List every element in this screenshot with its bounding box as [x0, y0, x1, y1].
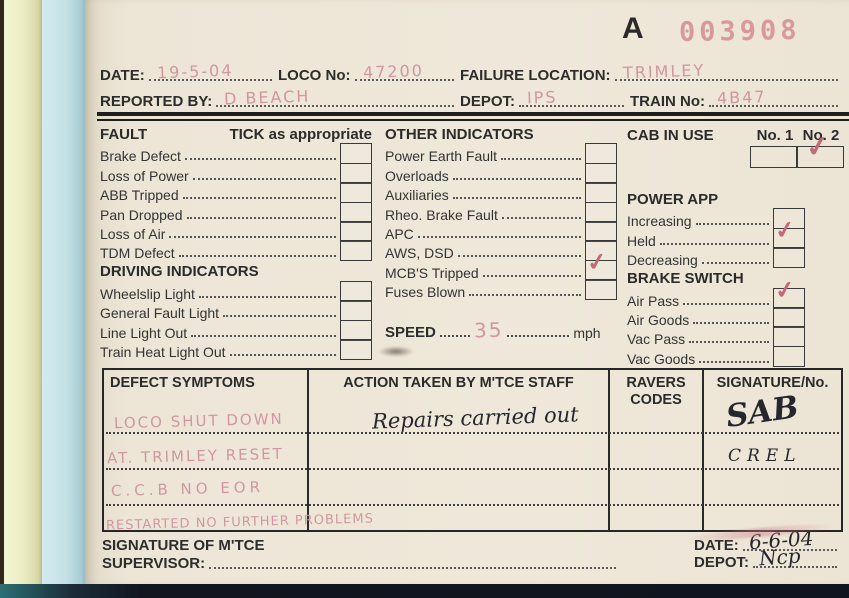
loco-field: LOCO No: 47200 [278, 65, 460, 84]
depot-label: DEPOT: [460, 93, 515, 110]
checkbox [773, 326, 805, 347]
footer-depot-handwritten-value: Ncp [758, 544, 801, 571]
train-no-write-line: 4B47 [709, 91, 838, 107]
speed-field: SPEED 35 mph [385, 317, 617, 341]
failure-location-handwritten-value: TRIMLEY [622, 61, 705, 83]
yellow-carbon-page-edge [4, 0, 42, 598]
loco-handwritten-value: 47200 [362, 61, 424, 82]
item-label: General Fault Light [100, 305, 219, 321]
cab-no2-checkbox: ✓ [797, 146, 844, 168]
dotted-leader [169, 236, 336, 238]
defect-symptoms-header: DEFECT SYMPTOMS [110, 375, 255, 391]
dotted-leader [702, 262, 769, 264]
power-app-row: Decreasing [627, 249, 805, 268]
tick-mark: ✓ [804, 132, 831, 163]
brake-switch-row: Vac Pass [627, 328, 805, 347]
dotted-leader [179, 255, 336, 257]
brake-switch-header: BRAKE SWITCH [627, 268, 844, 289]
checkbox [340, 221, 372, 242]
tick-mark: ✓ [585, 249, 608, 276]
checkbox [585, 143, 617, 164]
date-handwritten-value: 19-5-04 [156, 61, 233, 83]
dotted-leader [187, 217, 336, 219]
dotted-leader [453, 197, 581, 199]
brake-switch-row: Vac Goods [627, 347, 805, 366]
supervisor-write-line [209, 553, 616, 569]
reported-by-field: REPORTED BY: D BEACH [100, 91, 460, 110]
dotted-leader [193, 178, 336, 180]
speed-unit-label: mph [573, 325, 600, 341]
item-label: Held [627, 233, 656, 249]
scan-background-edge [0, 584, 849, 598]
loco-write-line: 47200 [355, 65, 455, 81]
dotted-leader [223, 315, 336, 317]
dotted-leader [689, 341, 769, 343]
cab-no1-checkbox [750, 146, 797, 168]
power-app-rows: Increasing Held✓ Decreasing [627, 210, 805, 268]
cab-no1-label: No. 1 [752, 127, 798, 144]
fault-row: Loss of Air [100, 223, 372, 242]
item-label: Overloads [385, 168, 449, 184]
item-label: APC [385, 226, 414, 242]
other-row: Auxiliaries [385, 184, 617, 203]
item-label: Decreasing [627, 252, 698, 268]
other-row: APC [385, 223, 617, 242]
train-no-label: TRAIN No: [630, 93, 705, 110]
footer-depot-field: DEPOT: Ncp [694, 554, 843, 571]
checkbox [585, 163, 617, 184]
item-label: Auxiliaries [385, 187, 449, 203]
item-label: Increasing [627, 213, 692, 229]
action-taken-header: ACTION TAKEN BY M'TCE STAFF [343, 375, 574, 391]
item-label: Pan Dropped [100, 207, 183, 223]
fault-row: ABB Tripped [100, 184, 372, 203]
item-label: Wheelslip Light [100, 286, 195, 302]
footer-depot-label: DEPOT: [694, 554, 749, 571]
dotted-leader [458, 255, 581, 257]
supervisor-label-line2-row: SUPERVISOR: [102, 554, 622, 572]
dotted-leader [501, 158, 581, 160]
speed-handwritten-value: 35 [473, 318, 503, 343]
dotted-leader [199, 296, 336, 298]
action-taken-column: ACTION TAKEN BY M'TCE STAFF [309, 370, 610, 530]
tick-mark: ✓ [773, 277, 796, 304]
dotted-leader [185, 158, 336, 160]
driving-row: General Fault Light [100, 302, 372, 321]
item-label: Fuses Blown [385, 284, 465, 300]
other-row: AWS, DSD [385, 242, 617, 261]
checkbox [773, 307, 805, 328]
item-label: TDM Defect [100, 245, 175, 261]
form-page: A 003908 DATE: 19-5-04 LOCO No: 47200 FA… [85, 0, 849, 585]
power-app-title: POWER APP [627, 191, 718, 208]
cab-checkboxes: ✓ [627, 146, 844, 168]
fault-section-header: FAULT TICK as appropriate [100, 124, 372, 145]
fault-row: TDM Defect [100, 242, 372, 261]
dotted-leader [699, 361, 769, 363]
reported-by-label: REPORTED BY: [100, 93, 212, 110]
driving-title: DRIVING INDICATORS [100, 263, 259, 280]
date-write-line: 19-5-04 [149, 65, 272, 81]
cab-power-brake-column: CAB IN USE No. 1 No. 2 ✓ POWER APP Incre… [627, 124, 844, 367]
fault-subtitle: TICK as appropriate [229, 126, 372, 143]
item-label: Line Light Out [100, 325, 187, 341]
dotted-leader [453, 178, 581, 180]
checkbox [340, 182, 372, 203]
checkbox [773, 247, 805, 268]
checkbox [773, 346, 805, 367]
indicators-section: FAULT TICK as appropriate Brake Defect L… [100, 124, 844, 368]
dotted-leader [483, 275, 581, 277]
other-row: MCB'S Tripped✓ [385, 261, 617, 280]
footer-date-depot: DATE: 6-6-04 DEPOT: Ncp [694, 537, 843, 571]
checkbox [340, 163, 372, 184]
item-label: Power Earth Fault [385, 148, 497, 164]
checkbox: ✓ [773, 288, 805, 309]
cab-in-use-title: CAB IN USE [627, 127, 714, 144]
footer-depot-write-line: Ncp [753, 554, 837, 568]
header-row-1: DATE: 19-5-04 LOCO No: 47200 FAILURE LOC… [100, 58, 844, 84]
checkbox [340, 143, 372, 164]
driving-row: Line Light Out [100, 321, 372, 340]
dotted-leader [230, 354, 336, 356]
item-label: Loss of Power [100, 168, 189, 184]
depot-handwritten-value: IPS [527, 87, 558, 107]
date-label: DATE: [100, 67, 145, 84]
ravers-header-line1: RAVERS [610, 375, 702, 392]
serial-number: 003908 [679, 15, 801, 48]
signature-header: SIGNATURE/No. [717, 375, 829, 391]
dotted-leader [502, 217, 581, 219]
supervisor-label-line2: SUPERVISOR: [102, 555, 205, 572]
form-series-letter: A [622, 12, 644, 46]
dotted-leader [469, 294, 581, 296]
power-app-row: Held✓ [627, 229, 805, 248]
tick-mark: ✓ [773, 217, 796, 244]
item-label: Rheo. Brake Fault [385, 207, 498, 223]
signature-code: CREL [728, 446, 802, 466]
fault-row: Loss of Power [100, 164, 372, 183]
dotted-leader [683, 303, 769, 305]
other-row: Fuses Blown [385, 281, 617, 300]
checkbox [340, 281, 372, 302]
table-dotted-line [106, 504, 839, 506]
checkbox [340, 320, 372, 341]
form-header: DATE: 19-5-04 LOCO No: 47200 FAILURE LOC… [100, 58, 844, 110]
other-row: Power Earth Fault [385, 145, 617, 164]
other-indicators-header: OTHER INDICATORS [385, 124, 617, 145]
checkbox [585, 182, 617, 203]
item-label: Brake Defect [100, 148, 181, 164]
fault-row: Pan Dropped [100, 203, 372, 222]
speed-label: SPEED [385, 324, 436, 341]
item-label: Loss of Air [100, 226, 165, 242]
blue-carbon-page-edge [42, 0, 85, 598]
table-dotted-line [106, 468, 839, 470]
date-field: DATE: 19-5-04 [100, 65, 278, 84]
dotted-leader [696, 223, 769, 225]
train-no-field: TRAIN No: 4B47 [630, 91, 844, 110]
fault-row: Brake Defect [100, 145, 372, 164]
failure-location-write-line: TRIMLEY [615, 65, 838, 81]
checkbox [340, 300, 372, 321]
dotted-leader [183, 197, 336, 199]
dotted-leader [660, 243, 769, 245]
power-app-header: POWER APP [627, 189, 844, 210]
scanned-fault-report: A 003908 DATE: 19-5-04 LOCO No: 47200 FA… [0, 0, 849, 598]
brake-switch-rows: Air Pass✓ Air Goods Vac Pass Vac Goods [627, 289, 805, 367]
reported-by-write-line: D BEACH [216, 91, 454, 107]
item-label: ABB Tripped [100, 187, 179, 203]
item-label: MCB'S Tripped [385, 265, 479, 281]
fault-column: FAULT TICK as appropriate Brake Defect L… [100, 124, 372, 360]
item-label: Vac Pass [627, 331, 685, 347]
dotted-leader [440, 335, 470, 337]
driving-row: Wheelslip Light [100, 282, 372, 301]
dotted-leader [191, 335, 336, 337]
loco-label: LOCO No: [278, 67, 351, 84]
other-indicators-title: OTHER INDICATORS [385, 126, 534, 143]
checkbox [585, 221, 617, 242]
reported-by-handwritten-value: D BEACH [224, 86, 311, 108]
other-row: Rheo. Brake Fault [385, 203, 617, 222]
checkbox [340, 339, 372, 360]
item-label: Air Goods [627, 312, 689, 328]
item-label: Train Heat Light Out [100, 344, 226, 360]
item-label: Air Pass [627, 293, 679, 309]
header-divider-rule [97, 112, 849, 121]
supervisor-label-line1: SIGNATURE OF M'TCE [102, 537, 622, 554]
defect-action-table: DEFECT SYMPTOMS ACTION TAKEN BY M'TCE ST… [102, 368, 843, 532]
driving-indicators-header: DRIVING INDICATORS [100, 261, 372, 282]
brake-switch-row: Air Goods [627, 309, 805, 328]
failure-location-field: FAILURE LOCATION: TRIMLEY [460, 65, 844, 84]
item-label: AWS, DSD [385, 245, 454, 261]
depot-field: DEPOT: IPS [460, 91, 630, 110]
item-label: Vac Goods [627, 351, 695, 367]
header-row-2: REPORTED BY: D BEACH DEPOT: IPS TRAIN No… [100, 84, 844, 110]
dotted-leader [507, 335, 569, 337]
checkbox [585, 279, 617, 300]
checkbox [340, 202, 372, 223]
brake-switch-title: BRAKE SWITCH [627, 270, 744, 287]
ravers-header-line2: CODES [610, 392, 702, 409]
train-no-handwritten-value: 4B47 [717, 87, 767, 108]
driving-row: Train Heat Light Out [100, 341, 372, 360]
depot-write-line: IPS [519, 91, 624, 107]
checkbox: ✓ [585, 260, 617, 281]
ink-smudge [378, 346, 414, 357]
dotted-leader [693, 322, 769, 324]
checkbox: ✓ [773, 228, 805, 249]
brake-switch-row: Air Pass✓ [627, 289, 805, 308]
dotted-leader [418, 236, 581, 238]
ravers-codes-column: RAVERS CODES [610, 370, 704, 530]
fault-title: FAULT [100, 126, 147, 143]
other-indicators-column: OTHER INDICATORS Power Earth Fault Overl… [385, 124, 617, 341]
other-row: Overloads [385, 164, 617, 183]
supervisor-signature-field: SIGNATURE OF M'TCE SUPERVISOR: [102, 537, 622, 572]
cab-number-labels: No. 1 No. 2 [752, 127, 844, 144]
failure-location-label: FAILURE LOCATION: [460, 67, 611, 84]
checkbox [585, 202, 617, 223]
checkbox [340, 240, 372, 261]
